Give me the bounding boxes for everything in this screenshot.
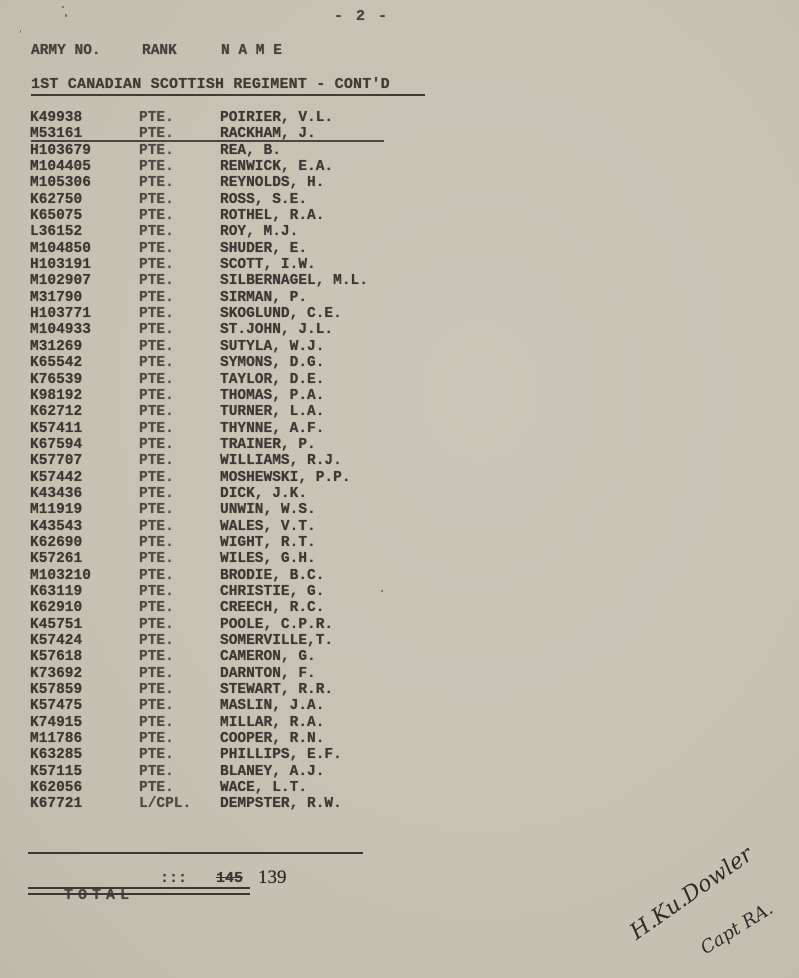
roster-name: DARNTON, F. bbox=[220, 666, 316, 682]
roster-name: TURNER, L.A. bbox=[220, 404, 324, 420]
roster-name: WALES, V.T. bbox=[220, 519, 316, 535]
roster-row: H103679PTE.REA, B. bbox=[30, 143, 450, 159]
roster-army-no: M31269 bbox=[30, 339, 82, 355]
roster-name: STEWART, R.R. bbox=[220, 682, 333, 698]
roster-rank: PTE. bbox=[139, 339, 174, 355]
roster-name: REA, B. bbox=[220, 143, 281, 159]
roster-name: SHUDER, E. bbox=[220, 241, 307, 257]
roster-name: SUTYLA, W.J. bbox=[220, 339, 324, 355]
roster-army-no: K57261 bbox=[30, 551, 82, 567]
roster-army-no: K65542 bbox=[30, 355, 82, 371]
roster-name: DICK, J.K. bbox=[220, 486, 307, 502]
roster-rank: PTE. bbox=[139, 633, 174, 649]
roster-rank: PTE. bbox=[139, 535, 174, 551]
roster-name: MILLAR, R.A. bbox=[220, 715, 324, 731]
roster-name: DEMPSTER, R.W. bbox=[220, 796, 342, 812]
roster-rank: PTE. bbox=[139, 568, 174, 584]
roster-row: K65075PTE.ROTHEL, R.A. bbox=[30, 208, 450, 224]
roster-row: K63119PTE.CHRISTIE, G. bbox=[30, 584, 450, 600]
total-separator: ::: bbox=[160, 870, 187, 887]
roster-name: ROY, M.J. bbox=[220, 224, 298, 240]
roster-army-no: K63119 bbox=[30, 584, 82, 600]
roster-army-no: K62690 bbox=[30, 535, 82, 551]
roster-army-no: H103679 bbox=[30, 143, 91, 159]
paper-speck bbox=[20, 30, 21, 33]
roster-rank: PTE. bbox=[139, 224, 174, 240]
roster-army-no: K67594 bbox=[30, 437, 82, 453]
roster-army-no: K43543 bbox=[30, 519, 82, 535]
roster-army-no: K62750 bbox=[30, 192, 82, 208]
roster-rank: L/CPL. bbox=[139, 796, 191, 812]
roster-row: K43436PTE.DICK, J.K. bbox=[30, 486, 450, 502]
roster-name: WILES, G.H. bbox=[220, 551, 316, 567]
roster-rank: PTE. bbox=[139, 306, 174, 322]
roster-row: K57411PTE.THYNNE, A.F. bbox=[30, 421, 450, 437]
regiment-title: 1ST CANADIAN SCOTTISH REGIMENT - CONT'D bbox=[31, 77, 425, 96]
total-divider bbox=[28, 852, 363, 854]
roster-name: POIRIER, V.L. bbox=[220, 110, 333, 126]
roster-rank: PTE. bbox=[139, 143, 174, 159]
roster-rank: PTE. bbox=[139, 584, 174, 600]
roster-rank: PTE. bbox=[139, 372, 174, 388]
roster-name: CREECH, R.C. bbox=[220, 600, 324, 616]
roster-rank: PTE. bbox=[139, 682, 174, 698]
roster-name: BLANEY, A.J. bbox=[220, 764, 324, 780]
roster-row: M31269PTE.SUTYLA, W.J. bbox=[30, 339, 450, 355]
roster-row: K98192PTE.THOMAS, P.A. bbox=[30, 388, 450, 404]
roster-rank: PTE. bbox=[139, 437, 174, 453]
roster-row: K73692PTE.DARNTON, F. bbox=[30, 666, 450, 682]
header-name: N A M E bbox=[221, 43, 282, 59]
roster-army-no: M31790 bbox=[30, 290, 82, 306]
total-line: TOTAL ::: 145 139 bbox=[28, 870, 134, 972]
roster-army-no: K73692 bbox=[30, 666, 82, 682]
roster-rank: PTE. bbox=[139, 502, 174, 518]
roster-army-no: K67721 bbox=[30, 796, 82, 812]
roster-row: K49938PTE.POIRIER, V.L. bbox=[30, 110, 450, 126]
roster-rank: PTE. bbox=[139, 404, 174, 420]
roster-rank: PTE. bbox=[139, 698, 174, 714]
roster-rank: PTE. bbox=[139, 257, 174, 273]
roster-row: K57424PTE.SOMERVILLE,T. bbox=[30, 633, 450, 649]
roster-rank: PTE. bbox=[139, 617, 174, 633]
roster-name: MOSHEWSKI, P.P. bbox=[220, 470, 351, 486]
roster-row: M31790PTE.SIRMAN, P. bbox=[30, 290, 450, 306]
roster-row: K63285PTE.PHILLIPS, E.F. bbox=[30, 747, 450, 763]
signature-rank: Capt RA. bbox=[697, 898, 777, 959]
roster-army-no: K43436 bbox=[30, 486, 82, 502]
roster-rank: PTE. bbox=[139, 192, 174, 208]
roster-row: K43543PTE.WALES, V.T. bbox=[30, 519, 450, 535]
roster-army-no: M53161 bbox=[30, 126, 82, 142]
roster-rank: PTE. bbox=[139, 649, 174, 665]
roster-row: K65542PTE.SYMONS, D.G. bbox=[30, 355, 450, 371]
roster-army-no: M11919 bbox=[30, 502, 82, 518]
roster-rank: PTE. bbox=[139, 126, 174, 142]
roster-row: K62910PTE.CREECH, R.C. bbox=[30, 600, 450, 616]
roster-rank: PTE. bbox=[139, 208, 174, 224]
roster-name: BRODIE, B.C. bbox=[220, 568, 324, 584]
roster-army-no: K57707 bbox=[30, 453, 82, 469]
document-page: - 2 - ARMY NO. RANK N A M E 1ST CANADIAN… bbox=[0, 0, 799, 978]
roster-army-no: M104850 bbox=[30, 241, 91, 257]
roster-rank: PTE. bbox=[139, 355, 174, 371]
roster-list: K49938PTE.POIRIER, V.L.M53161PTE.RACKHAM… bbox=[30, 110, 450, 813]
roster-row: K67721L/CPL.DEMPSTER, R.W. bbox=[30, 796, 450, 812]
roster-row: M102907PTE.SILBERNAGEL, M.L. bbox=[30, 273, 450, 289]
roster-row: K57618PTE.CAMERON, G. bbox=[30, 649, 450, 665]
roster-army-no: M104933 bbox=[30, 322, 91, 338]
roster-army-no: M105306 bbox=[30, 175, 91, 191]
roster-rank: PTE. bbox=[139, 110, 174, 126]
roster-name: CHRISTIE, G. bbox=[220, 584, 324, 600]
roster-row: M104850PTE.SHUDER, E. bbox=[30, 241, 450, 257]
roster-rank: PTE. bbox=[139, 715, 174, 731]
roster-row: M11919PTE.UNWIN, W.S. bbox=[30, 502, 450, 518]
roster-row: K67594PTE.TRAINER, P. bbox=[30, 437, 450, 453]
roster-rank: PTE. bbox=[139, 780, 174, 796]
roster-rank: PTE. bbox=[139, 290, 174, 306]
roster-row: M103210PTE.BRODIE, B.C. bbox=[30, 568, 450, 584]
roster-name: PHILLIPS, E.F. bbox=[220, 747, 342, 763]
roster-name: WILLIAMS, R.J. bbox=[220, 453, 342, 469]
roster-rank: PTE. bbox=[139, 731, 174, 747]
roster-row: M11786PTE.COOPER, R.N. bbox=[30, 731, 450, 747]
roster-army-no: K57424 bbox=[30, 633, 82, 649]
roster-name: SOMERVILLE,T. bbox=[220, 633, 333, 649]
roster-row: H103771PTE.SKOGLUND, C.E. bbox=[30, 306, 450, 322]
header-rank: RANK bbox=[142, 43, 177, 59]
roster-row: K76539PTE.TAYLOR, D.E. bbox=[30, 372, 450, 388]
roster-rank: PTE. bbox=[139, 322, 174, 338]
roster-army-no: H103771 bbox=[30, 306, 91, 322]
roster-rank: PTE. bbox=[139, 666, 174, 682]
roster-name: COOPER, R.N. bbox=[220, 731, 324, 747]
roster-row: K45751PTE.POOLE, C.P.R. bbox=[30, 617, 450, 633]
roster-row: M104405PTE.RENWICK, E.A. bbox=[30, 159, 450, 175]
roster-name: SYMONS, D.G. bbox=[220, 355, 324, 371]
roster-rank: PTE. bbox=[139, 470, 174, 486]
roster-army-no: K76539 bbox=[30, 372, 82, 388]
roster-name: CAMERON, G. bbox=[220, 649, 316, 665]
roster-army-no: K63285 bbox=[30, 747, 82, 763]
roster-army-no: K74915 bbox=[30, 715, 82, 731]
roster-name: SILBERNAGEL, M.L. bbox=[220, 273, 368, 289]
roster-name: THOMAS, P.A. bbox=[220, 388, 324, 404]
roster-army-no: K62712 bbox=[30, 404, 82, 420]
roster-name: RACKHAM, J. bbox=[220, 126, 316, 142]
paper-speck bbox=[381, 590, 383, 592]
roster-rank: PTE. bbox=[139, 551, 174, 567]
paper-speck bbox=[65, 14, 67, 17]
roster-row: H103191PTE.SCOTT, I.W. bbox=[30, 257, 450, 273]
roster-army-no: L36152 bbox=[30, 224, 82, 240]
roster-row: M104933PTE.ST.JOHN, J.L. bbox=[30, 322, 450, 338]
roster-row: L36152PTE.ROY, M.J. bbox=[30, 224, 450, 240]
roster-army-no: K57859 bbox=[30, 682, 82, 698]
roster-rank: PTE. bbox=[139, 764, 174, 780]
roster-name: UNWIN, W.S. bbox=[220, 502, 316, 518]
roster-army-no: K57618 bbox=[30, 649, 82, 665]
roster-army-no: M102907 bbox=[30, 273, 91, 289]
roster-name: SKOGLUND, C.E. bbox=[220, 306, 342, 322]
roster-name: ST.JOHN, J.L. bbox=[220, 322, 333, 338]
roster-name: SCOTT, I.W. bbox=[220, 257, 316, 273]
roster-row: K57707PTE.WILLIAMS, R.J. bbox=[30, 453, 450, 469]
roster-rank: PTE. bbox=[139, 241, 174, 257]
roster-army-no: M103210 bbox=[30, 568, 91, 584]
roster-row: K57475PTE.MASLIN, J.A. bbox=[30, 698, 450, 714]
roster-name: POOLE, C.P.R. bbox=[220, 617, 333, 633]
roster-rank: PTE. bbox=[139, 747, 174, 763]
roster-row: K62056PTE.WACE, L.T. bbox=[30, 780, 450, 796]
roster-army-no: K57442 bbox=[30, 470, 82, 486]
roster-army-no: M11786 bbox=[30, 731, 82, 747]
roster-army-no: K57115 bbox=[30, 764, 82, 780]
roster-army-no: K57475 bbox=[30, 698, 82, 714]
total-double-underline bbox=[28, 887, 250, 895]
roster-rank: PTE. bbox=[139, 175, 174, 191]
roster-row: M105306PTE.REYNOLDS, H. bbox=[30, 175, 450, 191]
roster-rank: PTE. bbox=[139, 486, 174, 502]
roster-name: MASLIN, J.A. bbox=[220, 698, 324, 714]
roster-army-no: K62910 bbox=[30, 600, 82, 616]
roster-army-no: K57411 bbox=[30, 421, 82, 437]
roster-name: REYNOLDS, H. bbox=[220, 175, 324, 191]
roster-row: K62750PTE.ROSS, S.E. bbox=[30, 192, 450, 208]
page-number: - 2 - bbox=[334, 8, 389, 25]
roster-row: K62690PTE.WIGHT, R.T. bbox=[30, 535, 450, 551]
total-struck-value: 145 bbox=[216, 870, 243, 887]
roster-army-no: K62056 bbox=[30, 780, 82, 796]
paper-speck bbox=[62, 6, 64, 8]
roster-rank: PTE. bbox=[139, 519, 174, 535]
signature: H.Ku.Dowler Capt RA. bbox=[640, 880, 799, 978]
roster-row: M53161PTE.RACKHAM, J. bbox=[30, 126, 450, 142]
roster-rank: PTE. bbox=[139, 600, 174, 616]
roster-row: K57115PTE.BLANEY, A.J. bbox=[30, 764, 450, 780]
header-army-no: ARMY NO. bbox=[31, 43, 101, 59]
roster-name: RENWICK, E.A. bbox=[220, 159, 333, 175]
roster-name: TAYLOR, D.E. bbox=[220, 372, 324, 388]
roster-name: ROTHEL, R.A. bbox=[220, 208, 324, 224]
roster-name: TRAINER, P. bbox=[220, 437, 316, 453]
roster-rank: PTE. bbox=[139, 453, 174, 469]
roster-name: WIGHT, R.T. bbox=[220, 535, 316, 551]
roster-army-no: K45751 bbox=[30, 617, 82, 633]
roster-army-no: H103191 bbox=[30, 257, 91, 273]
roster-row: K57859PTE.STEWART, R.R. bbox=[30, 682, 450, 698]
total-value: 139 bbox=[258, 867, 287, 889]
roster-row: K62712PTE.TURNER, L.A. bbox=[30, 404, 450, 420]
roster-army-no: M104405 bbox=[30, 159, 91, 175]
roster-row: K57442PTE.MOSHEWSKI, P.P. bbox=[30, 470, 450, 486]
roster-rank: PTE. bbox=[139, 388, 174, 404]
roster-row: K74915PTE.MILLAR, R.A. bbox=[30, 715, 450, 731]
roster-row: K57261PTE.WILES, G.H. bbox=[30, 551, 450, 567]
roster-name: ROSS, S.E. bbox=[220, 192, 307, 208]
roster-name: WACE, L.T. bbox=[220, 780, 307, 796]
roster-army-no: K49938 bbox=[30, 110, 82, 126]
roster-army-no: K65075 bbox=[30, 208, 82, 224]
roster-rank: PTE. bbox=[139, 159, 174, 175]
roster-army-no: K98192 bbox=[30, 388, 82, 404]
roster-rank: PTE. bbox=[139, 421, 174, 437]
roster-name: THYNNE, A.F. bbox=[220, 421, 324, 437]
roster-name: SIRMAN, P. bbox=[220, 290, 307, 306]
roster-rank: PTE. bbox=[139, 273, 174, 289]
